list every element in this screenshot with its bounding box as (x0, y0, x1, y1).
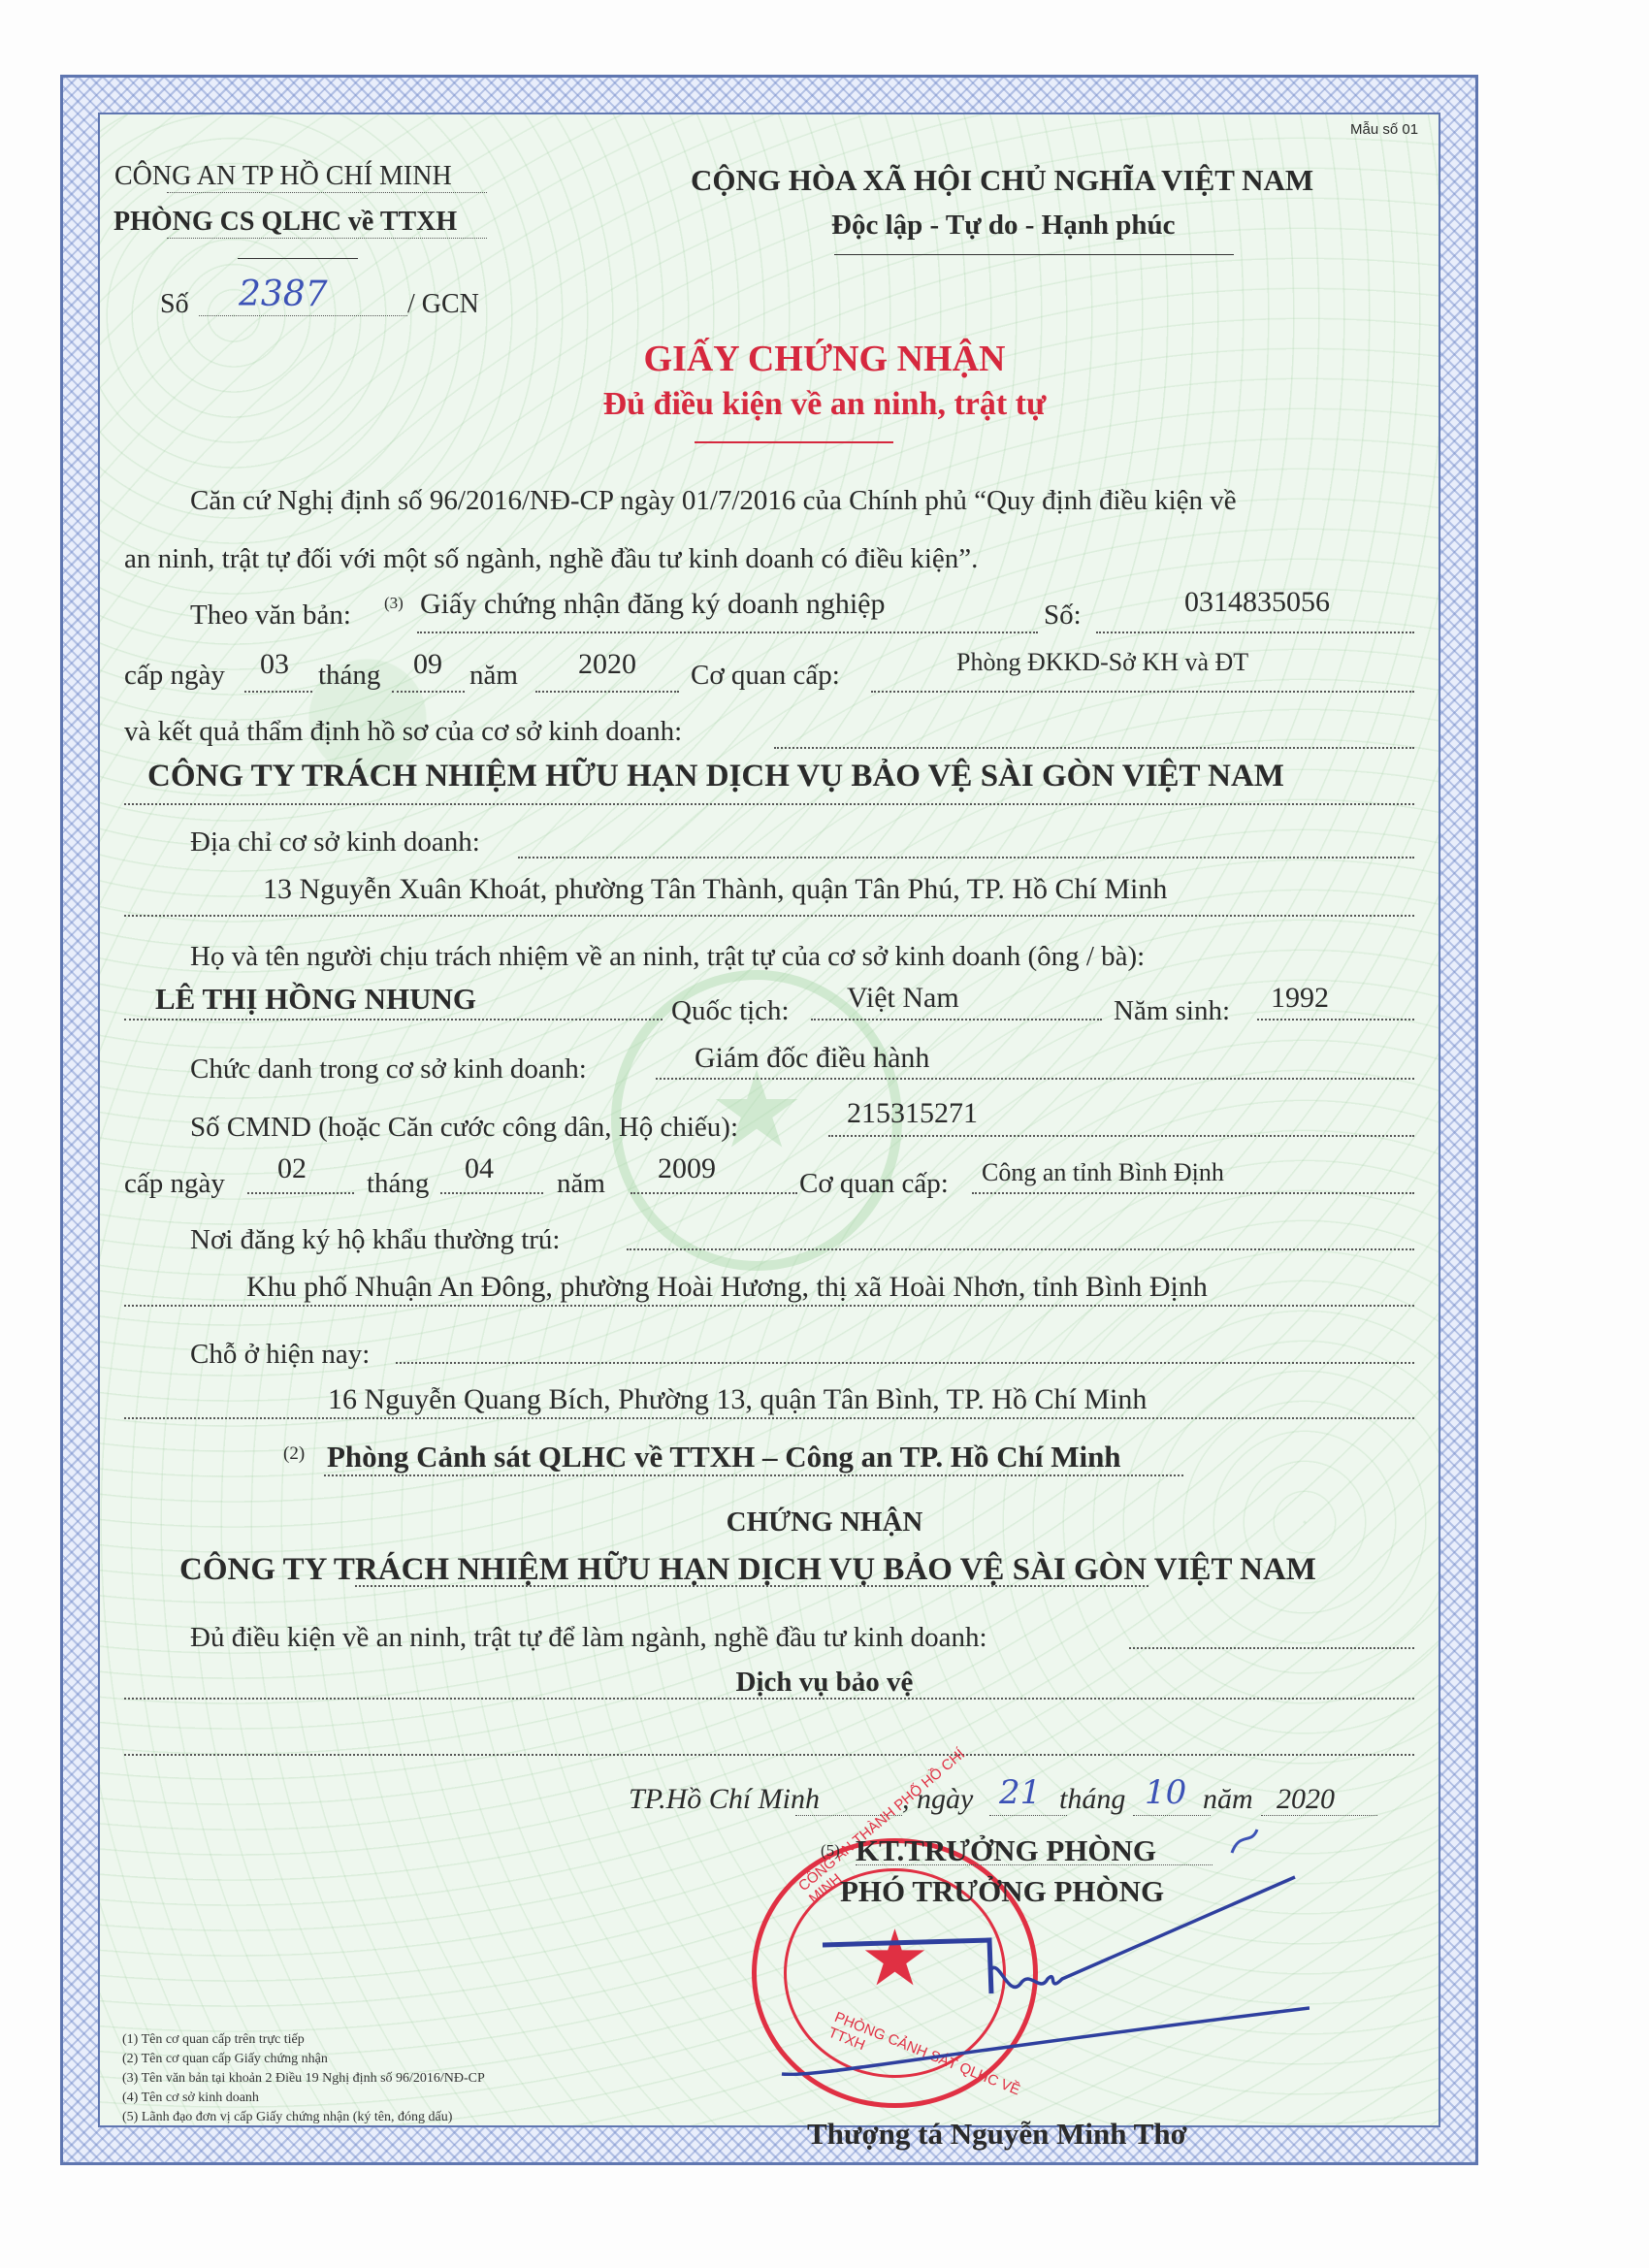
dotted-line (1129, 1647, 1414, 1649)
certifies-heading: CHỨNG NHẬN (0, 1507, 1649, 1539)
dotted-line (972, 1192, 1414, 1194)
dotted-line (627, 1248, 1414, 1250)
divider (238, 258, 358, 259)
dotted-line (124, 915, 1414, 917)
position: Giám đốc điều hành (695, 1042, 929, 1075)
national-title: CỘNG HÒA XÃ HỘI CHỦ NGHĨA VIỆT NAM (691, 163, 1313, 198)
dotted-line (811, 1019, 1102, 1021)
dotted-line (828, 1135, 1414, 1137)
issued-month: 09 (413, 648, 442, 681)
footnote-ref: (2) (283, 1443, 305, 1465)
dotted-line (1257, 1019, 1414, 1021)
footnote-item: (3) Tên văn bản tại khoản 2 Điều 19 Nghị… (122, 2069, 485, 2089)
preamble-line-1: Căn cứ Nghị định số 96/2016/NĐ-CP ngày 0… (190, 485, 1237, 517)
nationality-label: Quốc tịch: (671, 995, 790, 1027)
permanent-address: Khu phố Nhuận An Đông, phường Hoài Hương… (246, 1271, 1208, 1304)
certified-business-name: CÔNG TY TRÁCH NHIỆM HỮU HẠN DỊCH VỤ BẢO … (179, 1552, 1316, 1588)
current-address: 16 Nguyễn Quang Bích, Phường 13, quận Tâ… (328, 1383, 1147, 1416)
dotted-line (774, 747, 1414, 749)
divider (834, 254, 1234, 255)
person-name: LÊ THỊ HỒNG NHUNG (155, 982, 476, 1017)
dotted-line (324, 1474, 1183, 1476)
dotted-line (1096, 632, 1414, 633)
document-title: GIẤY CHỨNG NHẬN (0, 338, 1649, 380)
basis-no-value: 0314835056 (1184, 586, 1330, 619)
id-number: 215315271 (847, 1097, 978, 1130)
dotted-line (247, 1192, 354, 1194)
dotted-line (535, 691, 679, 693)
id-month: 04 (465, 1152, 494, 1185)
id-year: 2009 (658, 1152, 716, 1185)
dotted-line (199, 315, 407, 316)
footnote-ref: (3) (384, 594, 404, 613)
number-suffix: / GCN (407, 289, 479, 320)
dotted-line (1133, 1815, 1211, 1816)
dotted-line (124, 1417, 1414, 1419)
issued-year: 2020 (578, 648, 636, 681)
authority-value: Phòng ĐKKD-Sở KH và ĐT (956, 648, 1248, 677)
document-subtitle: Đủ điều kiện về an ninh, trật tự (0, 386, 1649, 423)
business-name: CÔNG TY TRÁCH NHIỆM HỮU HẠN DỊCH VỤ BẢO … (147, 759, 1284, 794)
footnote-item: (1) Tên cơ quan cấp trên trực tiếp (122, 2030, 485, 2050)
signer-name: Thượng tá Nguyễn Minh Thơ (807, 2117, 1187, 2152)
address-value: 13 Nguyễn Xuân Khoát, phường Tân Thành, … (263, 873, 1167, 906)
dotted-line (124, 1754, 1414, 1756)
birth-year-label: Năm sinh: (1114, 995, 1230, 1027)
footnotes: (1) Tên cơ quan cấp trên trực tiếp (2) T… (122, 2030, 485, 2127)
business-line-service: Dịch vụ bảo vệ (0, 1667, 1649, 1699)
issued-month-label: tháng (318, 660, 380, 692)
certificate-number: 2387 (239, 275, 328, 314)
footnote-item: (2) Tên cơ quan cấp Giấy chứng nhận (122, 2050, 485, 2069)
dotted-line (167, 192, 487, 193)
basis-no-label: Số: (1044, 599, 1082, 632)
national-motto: Độc lập - Tự do - Hạnh phúc (831, 210, 1176, 242)
authority-label: Cơ quan cấp: (691, 660, 840, 692)
form-number: Mẫu số 01 (1350, 121, 1418, 138)
dotted-line (124, 1305, 1414, 1307)
id-year-label: năm (557, 1168, 605, 1200)
dotted-line (124, 1698, 1414, 1700)
dotted-line (630, 1192, 797, 1194)
issued-year-label: năm (469, 660, 518, 692)
nationality: Việt Nam (847, 982, 959, 1015)
basis-doc-value: Giấy chứng nhận đăng ký doanh nghiệp (420, 588, 886, 621)
id-authority: Công an tỉnh Bình Định (982, 1158, 1224, 1187)
dotted-line (124, 1019, 663, 1021)
permanent-address-label: Nơi đăng ký hộ khẩu thường trú: (190, 1224, 560, 1256)
id-day-label: cấp ngày (124, 1168, 225, 1200)
dotted-line (124, 803, 1414, 805)
eligible-label: Đủ điều kiện về an ninh, trật tự để làm … (190, 1622, 987, 1654)
dotted-line (355, 1585, 1148, 1587)
address-label: Địa chỉ cơ sở kinh doanh: (190, 826, 480, 859)
issued-day: 03 (260, 648, 289, 681)
dotted-line (167, 238, 487, 239)
id-day: 02 (277, 1152, 307, 1185)
preamble-line-2: an ninh, trật tự đối với một số ngành, n… (124, 543, 978, 575)
signing-year: 2020 (1277, 1783, 1335, 1816)
signing-place: TP.Hồ Chí Minh (629, 1783, 820, 1816)
dotted-line (244, 691, 312, 693)
id-authority-label: Cơ quan cấp: (799, 1168, 949, 1200)
signature-icon (766, 1824, 1309, 2076)
dotted-line (989, 1815, 1067, 1816)
footnote-item: (4) Tên cơ sở kinh doanh (122, 2089, 485, 2108)
position-label: Chức danh trong cơ sở kinh doanh: (190, 1053, 587, 1085)
id-label: Số CMND (hoặc Căn cước công dân, Hộ chiế… (190, 1112, 738, 1144)
certifier-name: Phòng Cảnh sát QLHC về TTXH – Công an TP… (327, 1440, 1121, 1474)
signing-month: 10 (1145, 1773, 1186, 1812)
title-divider (695, 441, 893, 443)
signing-year-label: năm (1203, 1783, 1253, 1816)
dotted-line (392, 691, 465, 693)
basis-doc-label: Theo văn bản: (190, 599, 351, 632)
dotted-line (417, 632, 1038, 633)
id-month-label: tháng (367, 1168, 429, 1200)
signing-month-label: tháng (1059, 1783, 1125, 1816)
issued-day-label: cấp ngày (124, 660, 225, 692)
dotted-line (518, 857, 1414, 859)
dotted-line (871, 691, 1414, 693)
dotted-line (656, 1078, 1414, 1080)
dotted-line (396, 1362, 1414, 1364)
footnote-item: (5) Lãnh đạo đơn vị cấp Giấy chứng nhận … (122, 2108, 485, 2127)
issuing-agency: PHÒNG CS QLHC về TTXH (113, 207, 457, 238)
person-intro-label: Họ và tên người chịu trách nhiệm về an n… (190, 941, 1145, 973)
number-label: Số (160, 289, 189, 320)
birth-year: 1992 (1271, 982, 1329, 1015)
signing-day: 21 (999, 1773, 1041, 1812)
current-address-label: Chỗ ở hiện nay: (190, 1339, 370, 1371)
parent-agency: CÔNG AN TP HỒ CHÍ MINH (114, 161, 452, 192)
dotted-line (440, 1192, 543, 1194)
appraisal-label: và kết quả thẩm định hồ sơ của cơ sở kin… (124, 716, 682, 748)
